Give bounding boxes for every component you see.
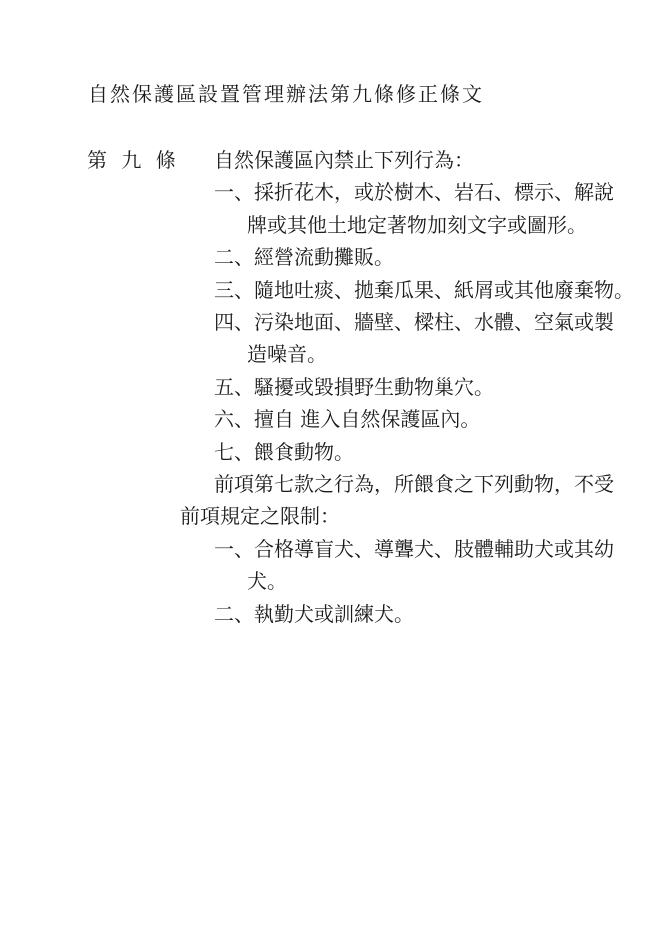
text-line: 前項規定之限制： (180, 500, 660, 532)
text-line: 犬。 (247, 565, 660, 597)
text-line: 五、騷擾或毀損野生動物巢穴。 (214, 371, 660, 403)
text-line: 二、執勤犬或訓練犬。 (214, 598, 660, 630)
text-line: 前項第七款之行為，所餵食之下列動物，不受 (214, 468, 660, 500)
document-title: 自然保護區設置管理辦法第九條修正條文 (88, 80, 484, 108)
text-line: 三、隨地吐痰、拋棄瓜果、紙屑或其他廢棄物。 (214, 274, 660, 306)
text-line: 一、採折花木，或於樹木、岩石、標示、解說 (214, 176, 660, 208)
article-number: 第 九 條 (87, 144, 176, 176)
article-section: 第 九 條 自然保護區內禁止下列行為：一、採折花木，或於樹木、岩石、標示、解說牌… (0, 144, 660, 630)
text-line: 自然保護區內禁止下列行為： (214, 144, 660, 176)
text-line: 牌或其他土地定著物加刻文字或圖形。 (247, 209, 660, 241)
text-line: 四、污染地面、牆壁、樑柱、水體、空氣或製 (214, 306, 660, 338)
text-line: 七、餵食動物。 (214, 436, 660, 468)
document-page: 自然保護區設置管理辦法第九條修正條文 第 九 條 自然保護區內禁止下列行為：一、… (0, 0, 660, 938)
text-line: 一、合格導盲犬、導聾犬、肢體輔助犬或其幼 (214, 533, 660, 565)
article-body: 自然保護區內禁止下列行為：一、採折花木，或於樹木、岩石、標示、解說牌或其他土地定… (0, 144, 660, 630)
text-line: 造噪音。 (247, 338, 660, 370)
text-line: 二、經營流動攤販。 (214, 241, 660, 273)
text-line: 六、擅自 進入自然保護區內。 (214, 403, 660, 435)
